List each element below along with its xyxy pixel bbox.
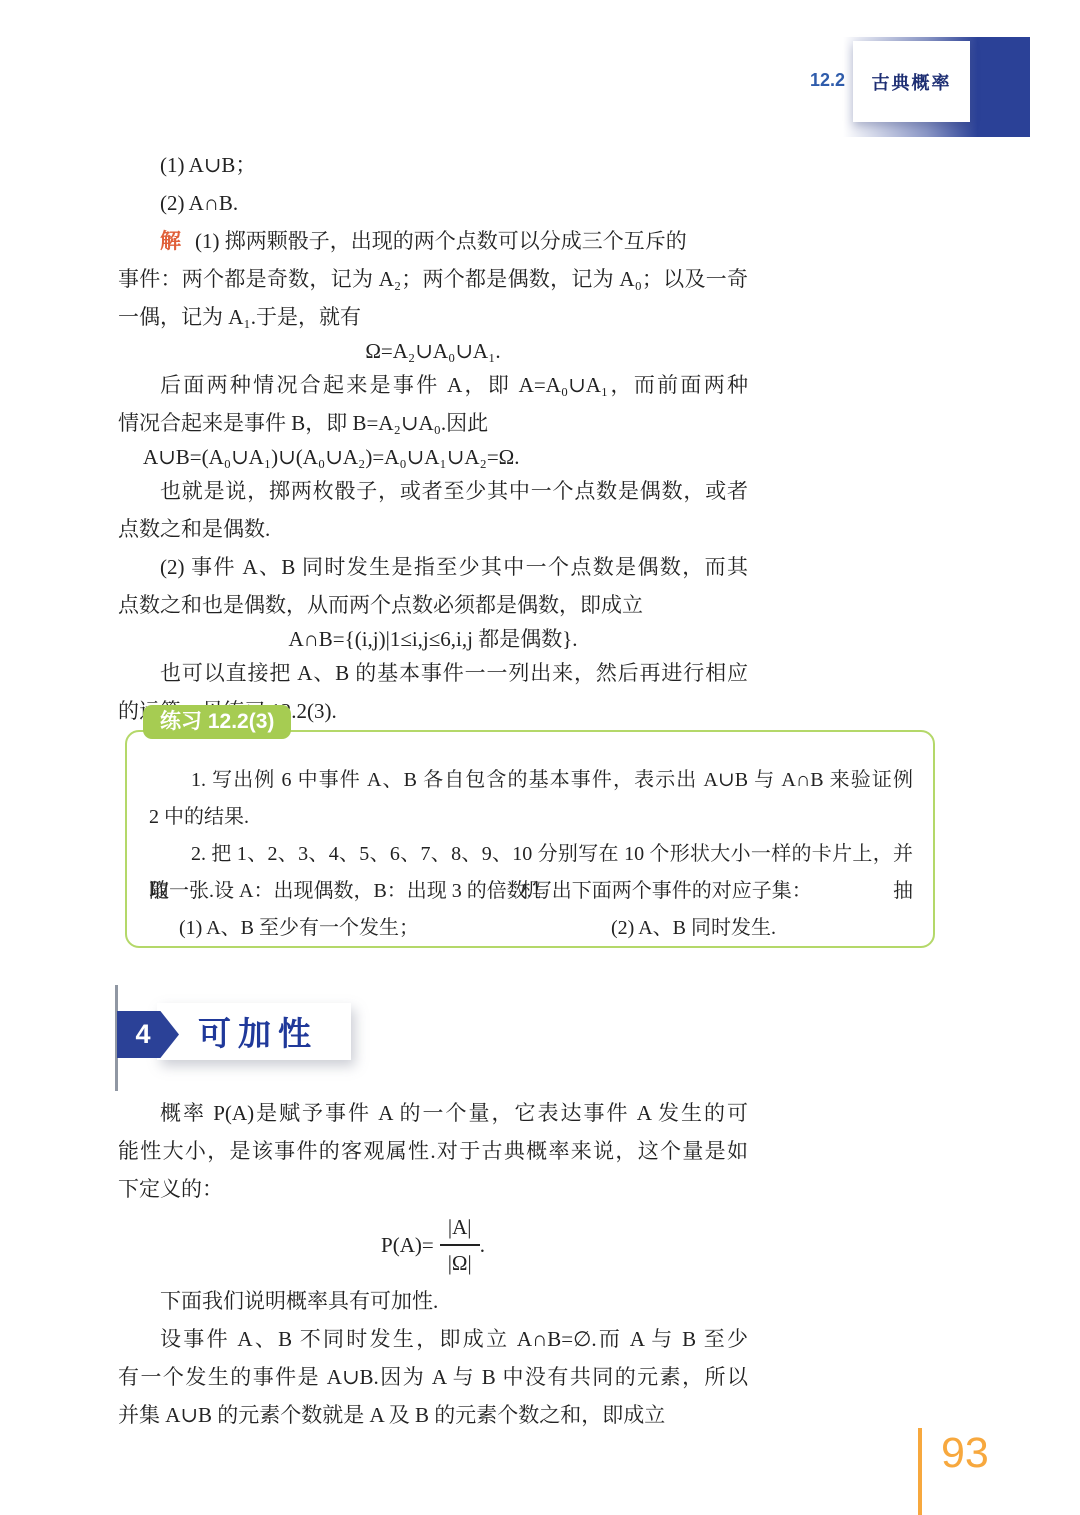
exercise-line: 2. 把 1、2、3、4、5、6、7、8、9、10 分别写在 10 个形状大小一… (149, 836, 913, 873)
exercise-line: 取一张.设 A：出现偶数，B：出现 3 的倍数.写出下面两个事件的对应子集： (149, 873, 913, 910)
solve-label: 解 (160, 230, 181, 253)
secondary-text-column: 概率 P(A)是赋予事件 A 的一个量，它表达事件 A 发生的可 能性大小，是该… (118, 1094, 748, 1434)
text-line: 下定义的： (118, 1170, 748, 1208)
text-line: 一偶，记为 A₁.于是，就有 (118, 298, 748, 336)
formula-aub-expansion: A∪B=(A₀∪A₁)∪(A₀∪A₂)=A₀∪A₁∪A₂=Ω. (118, 442, 748, 472)
section-number: 4 (135, 1019, 150, 1050)
exercise-badge: 练习 12.2(3) (143, 705, 291, 739)
text-line: 情况合起来是事件 B，即 B=A₂∪A₀.因此 (118, 404, 748, 442)
formula-lhs: P(A)= (381, 1233, 434, 1258)
text-line: 并集 A∪B 的元素个数就是 A 及 B 的元素个数之和，即成立 (118, 1396, 748, 1434)
text-line: (2) A∩B. (118, 184, 748, 222)
chapter-title: 古典概率 (872, 69, 952, 95)
text-line: 后面两种情况合起来是事件 A，即 A=A₀∪A₁，而前面两种 (118, 366, 748, 404)
text-line: 事件：两个都是奇数，记为 A₂；两个都是偶数，记为 A₀；以及一奇 (118, 260, 748, 298)
fraction: |A| |Ω| (440, 1212, 480, 1278)
exercise-content: 1. 写出例 6 中事件 A、B 各自包含的基本事件，表示出 A∪B 与 A∩B… (127, 732, 933, 947)
text-line: 有一个发生的事件是 A∪B.因为 A 与 B 中没有共同的元素，所以 (118, 1358, 748, 1396)
formula-omega-union: Ω=A₂∪A₀∪A₁. (118, 336, 748, 366)
exercise-item-2: (2) A、B 同时发生. (611, 910, 776, 947)
text-line: 能性大小，是该事件的客观属性.对于古典概率来说，这个量是如 (118, 1132, 748, 1170)
text-line: 设事件 A、B 不同时发生，即成立 A∩B=∅.而 A 与 B 至少 (118, 1320, 748, 1358)
exercise-line: 1. 写出例 6 中事件 A、B 各自包含的基本事件，表示出 A∪B 与 A∩B… (149, 762, 913, 799)
chapter-section-number: 12.2 (810, 70, 845, 91)
text-line: 下面我们说明概率具有可加性. (118, 1282, 748, 1320)
formula-probability-definition: P(A)= |A| |Ω| . (118, 1208, 748, 1282)
text-line: (1) 掷两颗骰子，出现的两个点数可以分成三个互斥的 (195, 229, 687, 253)
exercise-items-row: (1) A、B 至少有一个发生； (2) A、B 同时发生. (149, 910, 913, 947)
formula-suffix: . (480, 1233, 485, 1258)
fraction-numerator: |A| (440, 1212, 480, 1246)
page-number-rule (918, 1428, 922, 1515)
main-text-column: (1) A∪B； (2) A∩B. 解(1) 掷两颗骰子，出现的两个点数可以分成… (118, 146, 748, 730)
textbook-page: 12.2 古典概率 (1) A∪B； (2) A∩B. 解(1) 掷两颗骰子，出… (0, 0, 1080, 1515)
text-line: 点数之和是偶数. (118, 510, 748, 548)
text-line: 也可以直接把 A、B 的基本事件一一列出来，然后再进行相应 (118, 654, 748, 692)
text-line: 点数之和也是偶数，从而两个点数必须都是偶数，即成立 (118, 586, 748, 624)
formula-anb-set: A∩B={(i,j)|1≤i,j≤6,i,j 都是偶数}. (118, 624, 748, 654)
text-line: (2) 事件 A、B 同时发生是指至少其中一个点数是偶数，而其 (118, 548, 748, 586)
page-number: 93 (941, 1429, 989, 1478)
fraction-denominator: |Ω| (440, 1246, 480, 1278)
exercise-box: 练习 12.2(3) 1. 写出例 6 中事件 A、B 各自包含的基本事件，表示… (125, 730, 935, 948)
text-line: (1) A∪B； (118, 146, 748, 184)
text-line: 也就是说，掷两枚骰子，或者至少其中一个点数是偶数，或者 (118, 472, 748, 510)
exercise-line: 2 中的结果. (149, 799, 913, 836)
exercise-item-1: (1) A、B 至少有一个发生； (179, 910, 611, 947)
solution-line: 解(1) 掷两颗骰子，出现的两个点数可以分成三个互斥的 (118, 222, 748, 260)
chapter-header-card: 古典概率 (853, 41, 970, 122)
section-title: 可加性 (198, 1012, 318, 1056)
text-line: 概率 P(A)是赋予事件 A 的一个量，它表达事件 A 发生的可 (118, 1094, 748, 1132)
